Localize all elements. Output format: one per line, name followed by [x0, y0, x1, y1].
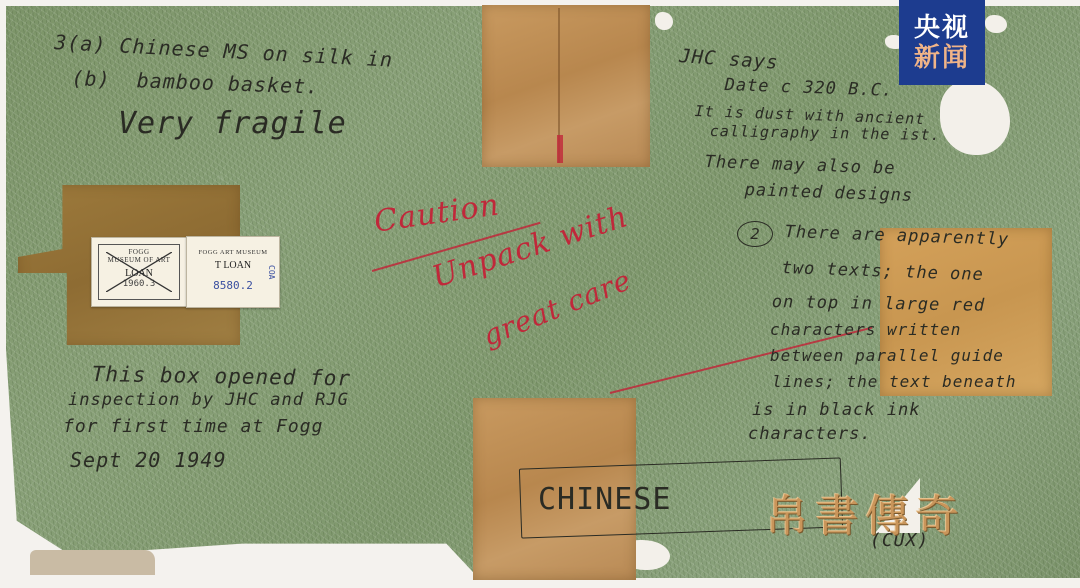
note-line: characters written — [770, 320, 961, 339]
circled-number: 2 — [737, 221, 773, 247]
note-line: characters. — [748, 424, 872, 444]
torn-corner — [30, 550, 155, 575]
note-line: between parallel guide — [770, 346, 1004, 365]
label-number: 8580.2 — [187, 279, 279, 292]
cctv-news-logo: 央视 新闻 — [899, 0, 985, 85]
note-line: Very fragile — [118, 106, 347, 141]
note-line: lines; the text beneath — [772, 372, 1017, 391]
tape-top — [482, 5, 650, 167]
red-mark — [557, 135, 563, 163]
note-line: on top in large red — [772, 292, 986, 316]
cross-out-mark — [106, 252, 172, 292]
fogg-loan-label-old: FOGG MUSEUM OF ART LOAN 1960.3 — [91, 237, 187, 307]
engraved-title: 帛書傳奇 — [765, 480, 965, 544]
tear-top-right-small — [985, 15, 1007, 33]
label-line2: T LOAN — [187, 260, 279, 271]
note-line: inspection by JHC and RJG — [68, 390, 349, 410]
chinese-word: CHINESE — [538, 482, 671, 517]
note-line: This box opened for — [92, 362, 352, 391]
note-line: is in black ink — [752, 400, 921, 420]
logo-line1: 央视 — [914, 13, 970, 43]
label-line1: FOGG ART MUSEUM — [187, 249, 279, 256]
note-line: for first time at Fogg — [63, 416, 323, 437]
logo-line2: 新闻 — [914, 43, 970, 73]
note-line: Sept 20 1949 — [70, 448, 227, 472]
fogg-loan-label: FOGG ART MUSEUM T LOAN 8580.2 COA — [186, 236, 280, 308]
label-side-note: COA — [267, 265, 276, 279]
tear-top-small — [655, 12, 673, 30]
